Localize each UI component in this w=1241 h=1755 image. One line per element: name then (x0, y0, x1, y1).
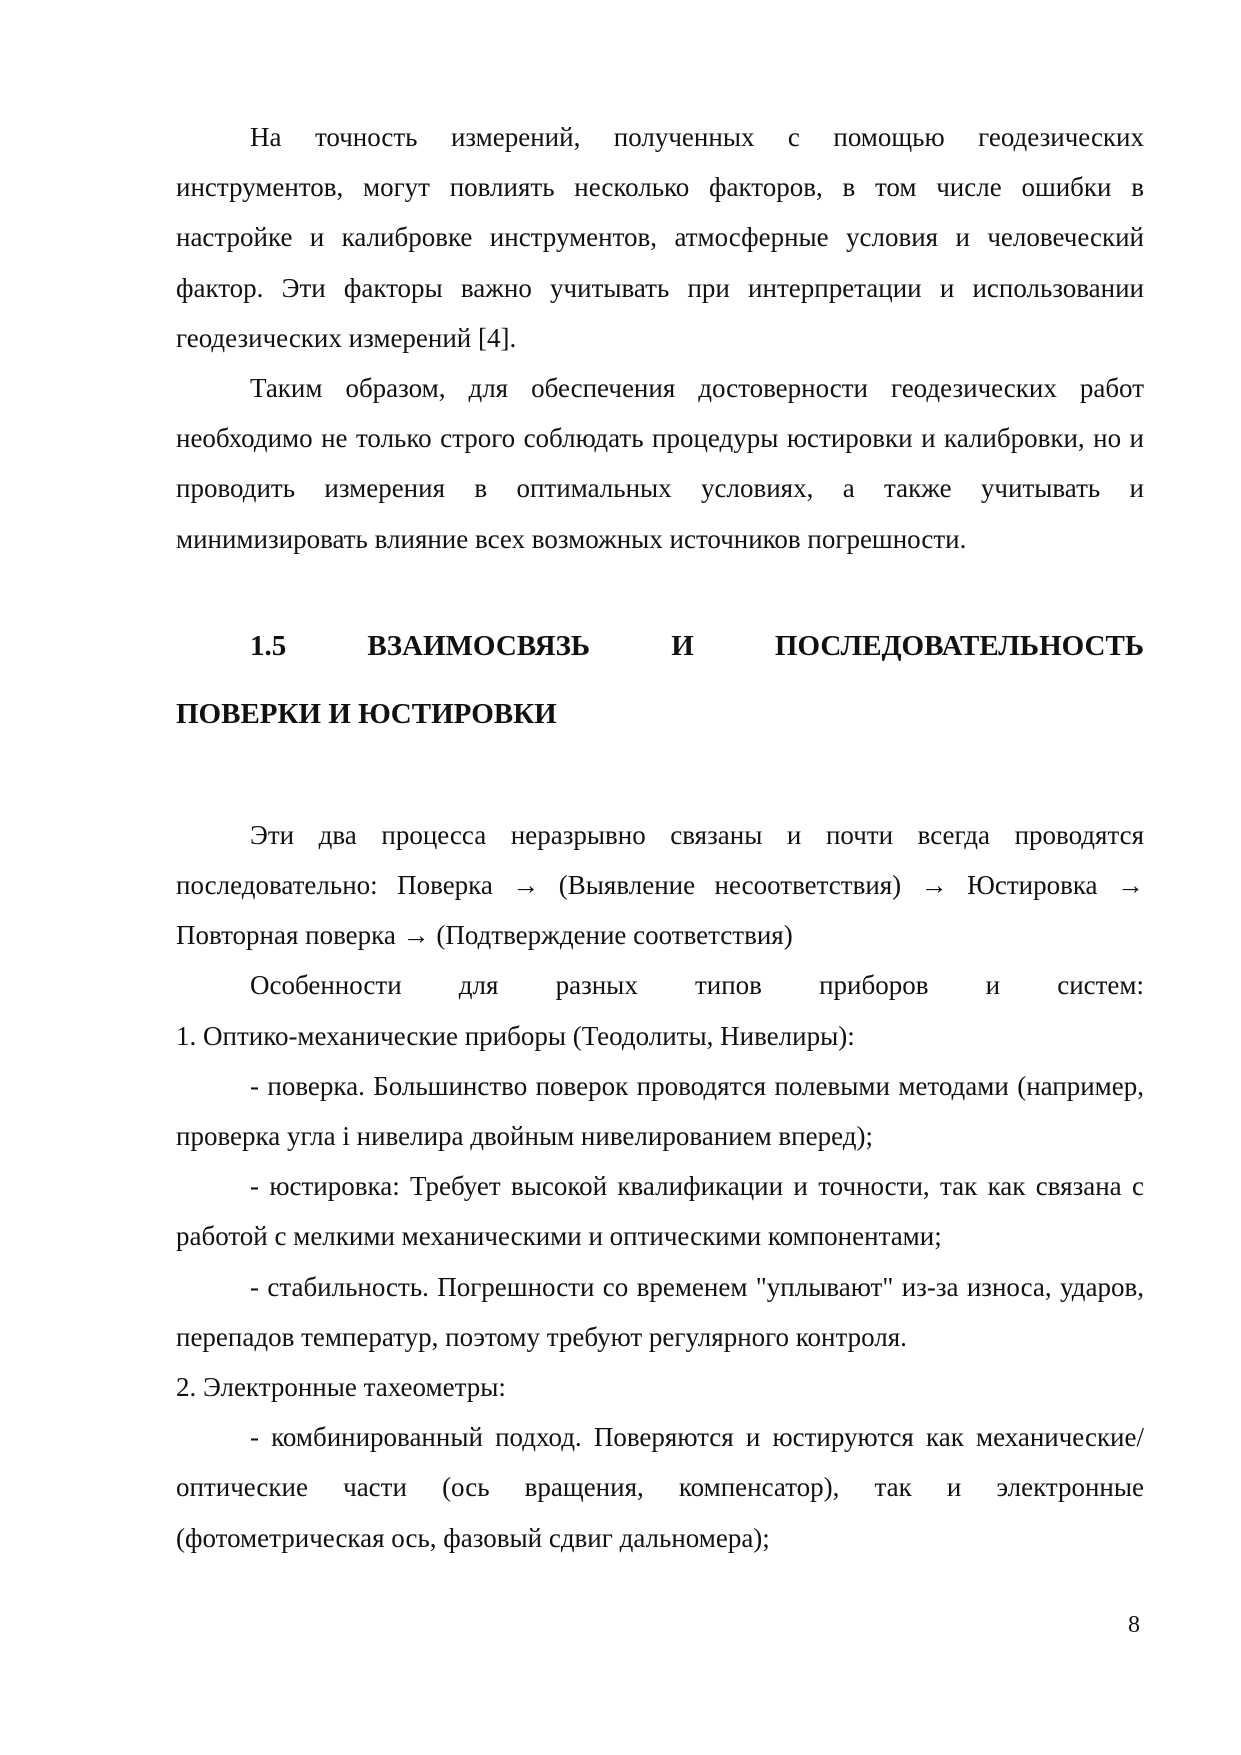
section-title-line2: ПОВЕРКИ И ЮСТИРОВКИ (176, 680, 1144, 748)
list-item: - поверка. Большинство поверок проводятс… (176, 1061, 1144, 1161)
list-item: - стабильность. Погрешности со временем … (176, 1262, 1144, 1362)
paragraph-conclusion: Таким образом, для обеспечения достоверн… (176, 363, 1144, 564)
list-group-title-electronic: 2. Электронные тахеометры: (176, 1362, 1144, 1412)
section-title: 1.5 ВЗАИМОСВЯЗЬ И ПОСЛЕДОВАТЕЛЬНОСТЬ ПОВ… (176, 612, 1144, 748)
page-number: 8 (1128, 1612, 1140, 1639)
paragraph-measurement-factors: На точность измерений, полученных с помо… (176, 112, 1144, 363)
section-title-line1: 1.5 ВЗАИМОСВЯЗЬ И ПОСЛЕДОВАТЕЛЬНОСТЬ (176, 612, 1144, 680)
list-item: - юстировка: Требует высокой квалификаци… (176, 1161, 1144, 1261)
document-page: На точность измерений, полученных с помо… (176, 112, 1144, 1563)
list-item: - комбинированный подход. Поверяются и ю… (176, 1412, 1144, 1563)
paragraph-features-heading: Особенности для разных типов приборов и … (176, 960, 1144, 1010)
section-heading: 1.5 ВЗАИМОСВЯЗЬ И ПОСЛЕДОВАТЕЛЬНОСТЬ ПОВ… (176, 612, 1144, 748)
paragraph-process-sequence: Эти два процесса неразрывно связаны и по… (176, 810, 1144, 961)
list-group-title-optomechanical: 1. Оптико-механические приборы (Теодолит… (176, 1011, 1144, 1061)
